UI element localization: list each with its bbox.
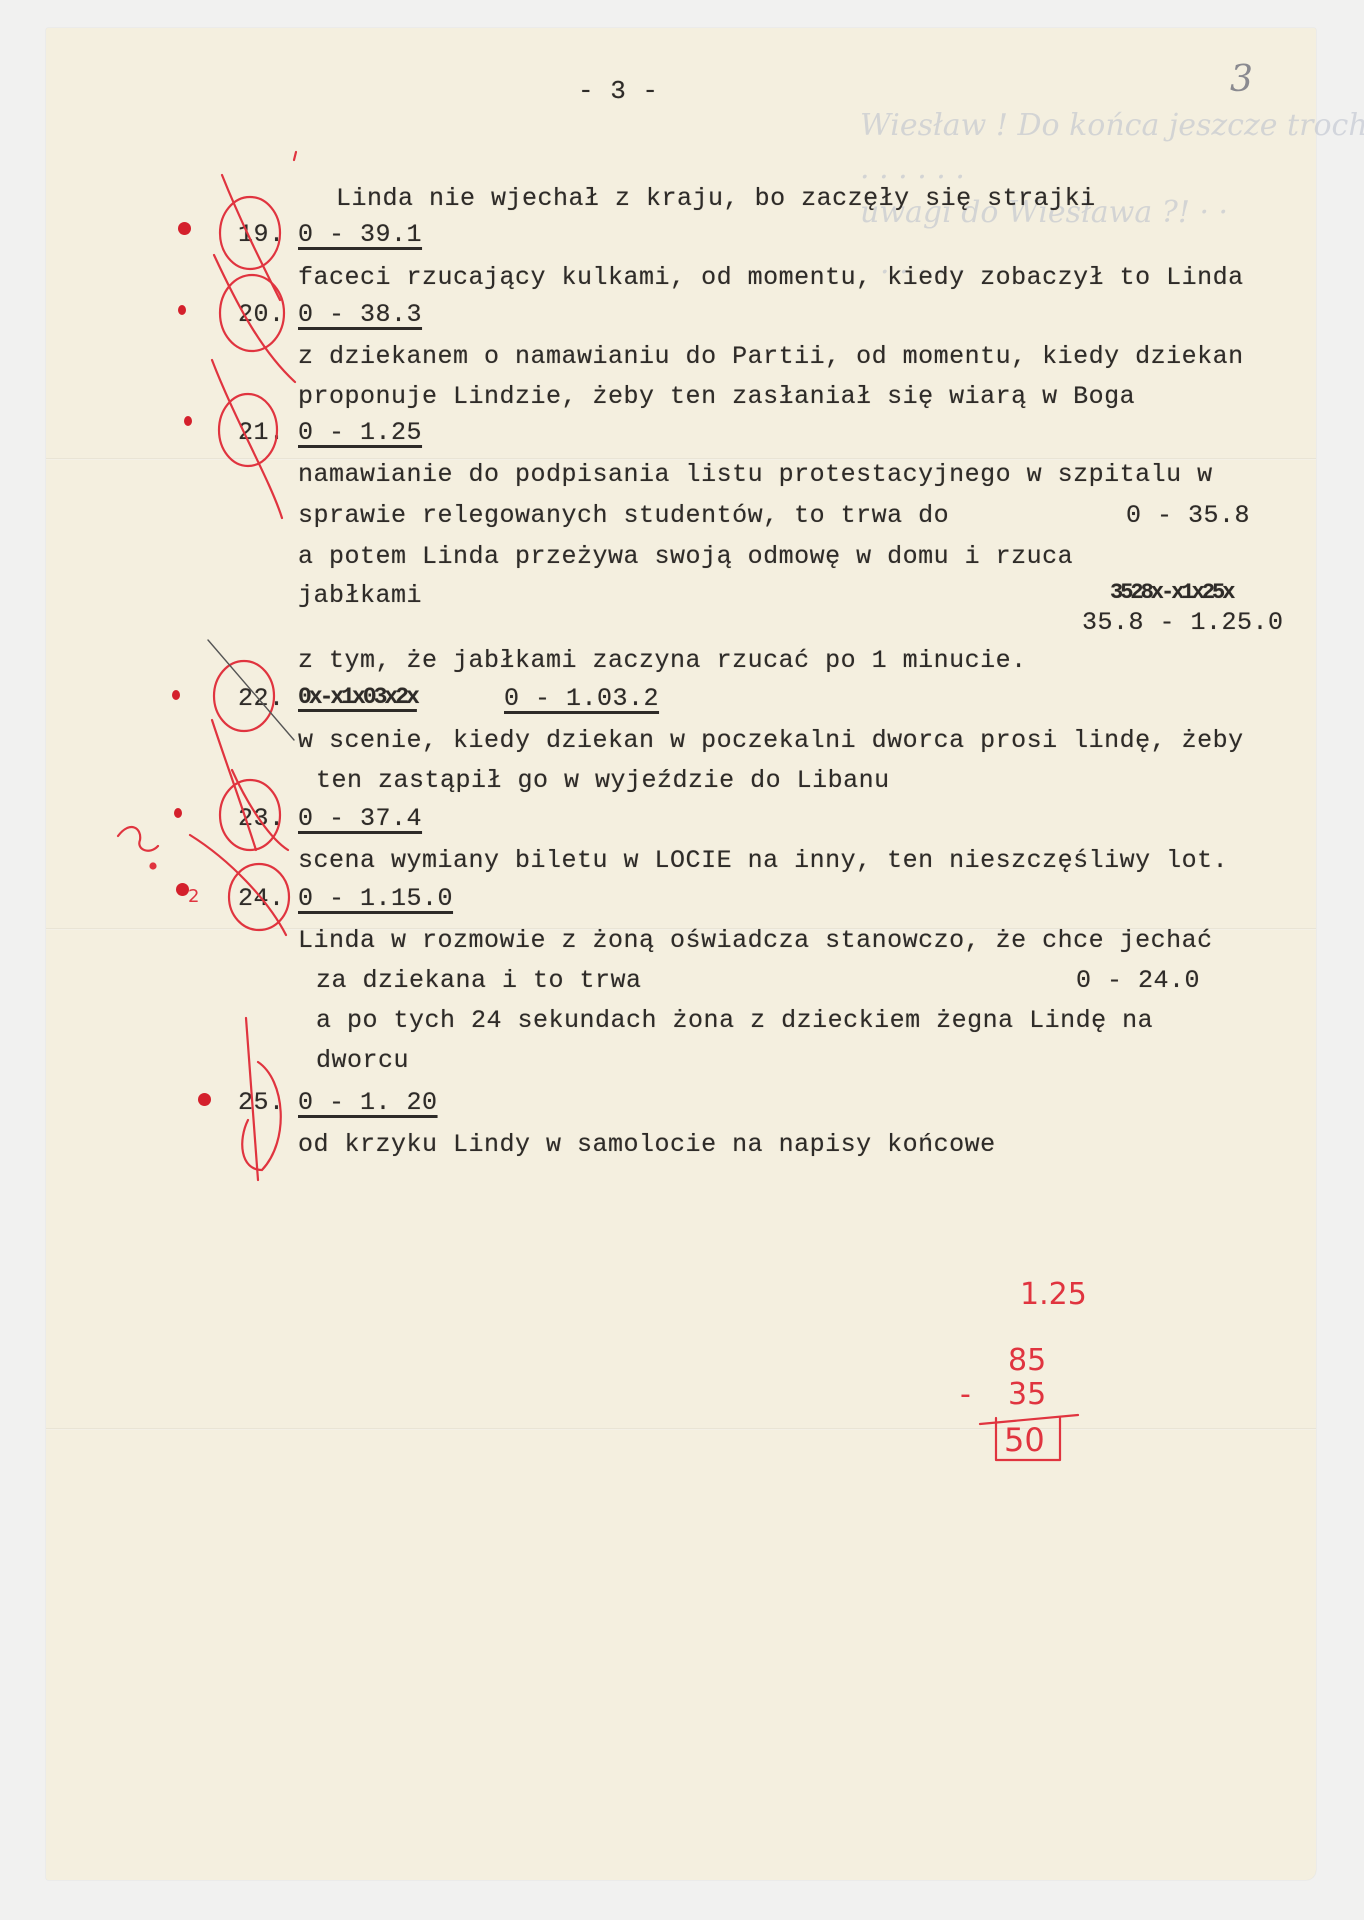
circle-mark-icon	[219, 394, 277, 466]
calc-minuend: 85	[1008, 1346, 1046, 1376]
circle-mark-icon	[220, 197, 280, 269]
calc-result: 50	[1004, 1424, 1045, 1456]
calc-total: 1.25	[1020, 1280, 1087, 1310]
red-pen-markings	[0, 0, 1364, 1920]
circle-mark-icon	[214, 661, 274, 731]
red-annotation-mark: 2	[188, 888, 199, 906]
calc-subtrahend: 35	[1008, 1380, 1046, 1410]
circle-mark-icon	[220, 780, 280, 850]
calc-minus-sign: -	[960, 1380, 971, 1410]
